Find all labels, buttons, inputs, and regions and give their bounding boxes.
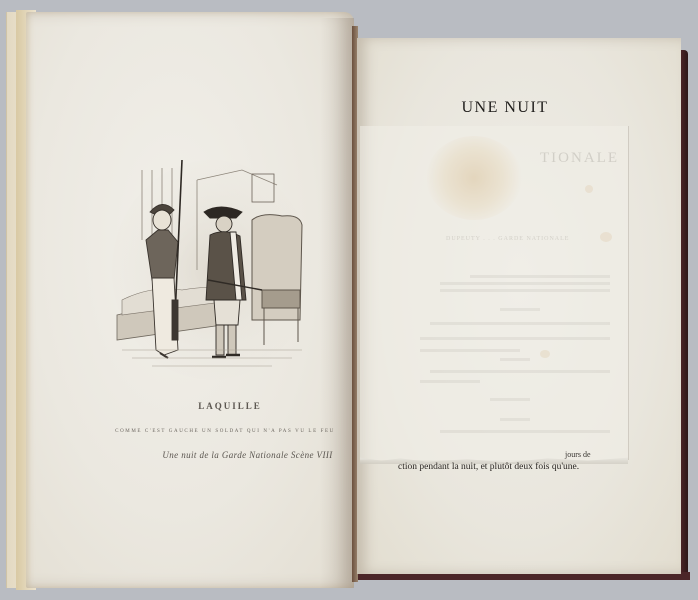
tissue-guard bbox=[360, 126, 629, 460]
body-text-fragment: jours de bbox=[565, 450, 591, 459]
illustration-caption-subtitle: COMME C'EST GAUCHE UN SOLDAT QUI N'A PAS… bbox=[95, 429, 355, 434]
illustration-caption-script: Une nuit de la Garde Nationale Scène VII… bbox=[150, 450, 345, 460]
body-text-line: ction pendant la nuit, et plutôt deux fo… bbox=[398, 462, 638, 472]
illustration-caption-title: LAQUILLE bbox=[150, 401, 310, 411]
page-curl-shadow bbox=[320, 18, 354, 588]
frontispiece-engraving bbox=[112, 150, 312, 380]
page-title: UNE NUIT bbox=[440, 99, 570, 117]
book-photo: LAQUILLE COMME C'EST GAUCHE UN SOLDAT QU… bbox=[0, 0, 698, 600]
binding-right-edge bbox=[680, 50, 688, 580]
